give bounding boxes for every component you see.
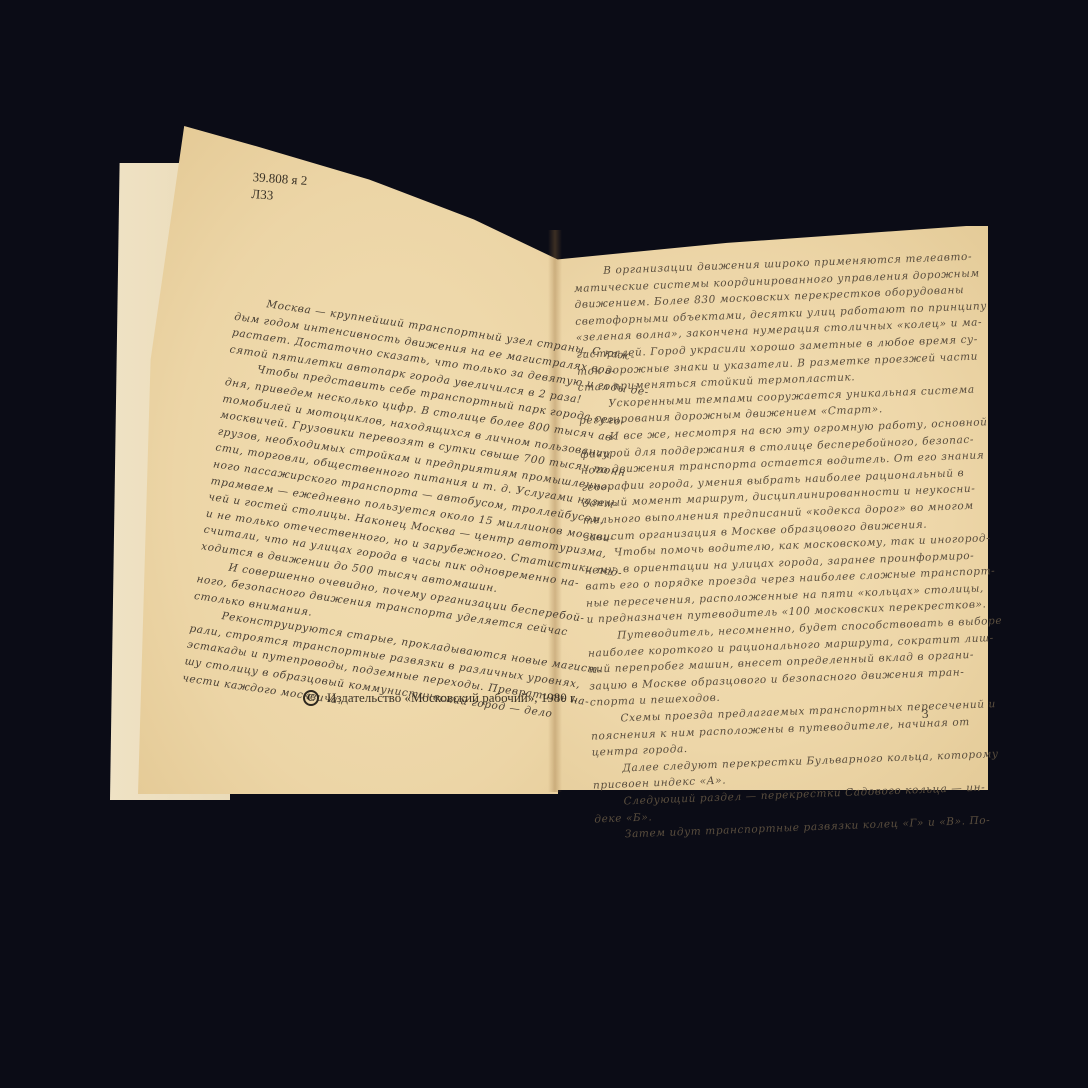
paragraph: Путеводитель, несомненно, будет способст…: [587, 613, 1005, 712]
copyright-text: Издательство «Московский рабочий», 1980 …: [327, 690, 577, 706]
right-page-text: В организации движения широко применяютс…: [573, 248, 1010, 844]
book-photo-scene: 39.808 я 2 Л33 Москва — крупнейший транс…: [0, 0, 1088, 1088]
library-call-number: 39.808 я 2 Л33: [251, 168, 308, 206]
copyright-notice: C Издательство «Московский рабочий», 198…: [303, 690, 577, 706]
paragraph: Чтобы помочь водителю, как московскому, …: [584, 530, 1002, 629]
paragraph: И все же, несмотря на всю эту огромную р…: [579, 414, 998, 546]
page-number: 3: [922, 706, 929, 722]
copyright-icon: C: [303, 690, 319, 706]
paragraph: В организации движения широко применяютс…: [573, 248, 993, 397]
